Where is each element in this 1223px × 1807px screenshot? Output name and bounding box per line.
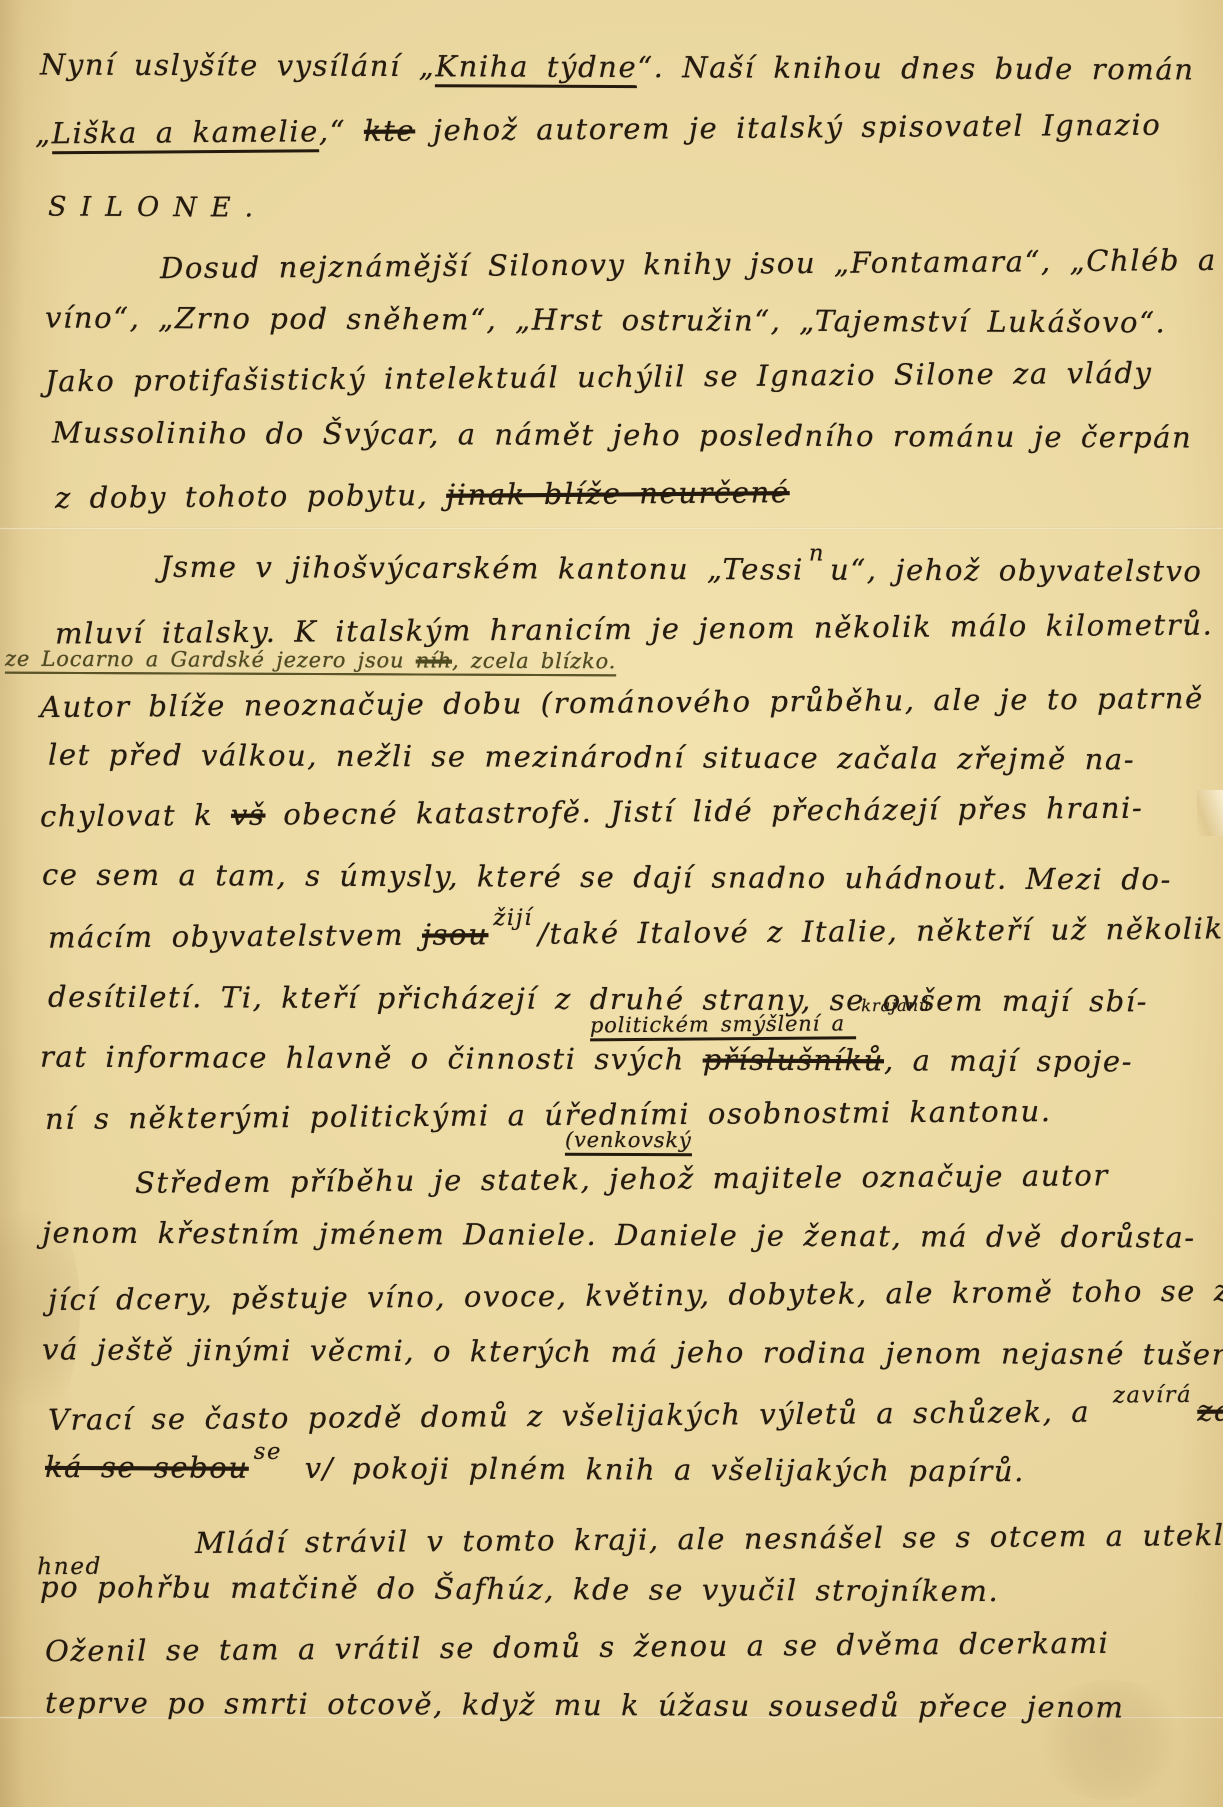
handwritten-text: Mussoliniho do Švýcar, a námět jeho posl… (52, 416, 1192, 455)
handwritten-text: Oženil se tam a vrátil se domů s ženou a… (45, 1626, 1110, 1668)
handwritten-text: SILONE. (48, 192, 267, 224)
handwritten-text: ní s některými politickými a úředními os… (45, 1094, 1052, 1136)
handwritten-text: rat informace hlavně o činnosti svých (40, 1040, 703, 1077)
struck-out-text: ká se sebou (45, 1450, 249, 1485)
handwritten-text: “. Naší knihou dnes bude román (637, 50, 1194, 86)
manuscript-line: Oženil se tam a vrátil se domů s ženou a… (45, 1626, 1110, 1668)
handwritten-text: Mládí strávil v tomto kraji, ale nesnáše… (195, 1518, 1223, 1560)
manuscript-line: ce sem a tam, s úmysly, které se dají sn… (42, 858, 1172, 897)
interlinear-insertion: krajanů (861, 996, 930, 1016)
manuscript-line: mácím obyvatelstvem jsoužijí/také Italov… (48, 911, 1223, 954)
handwritten-text: víno“, „Zrno pod sněhem“, „Hrst ostružin… (45, 301, 1167, 340)
manuscript-line: po pohřbu matčině do Šafhúz, kde se vyuč… (40, 1570, 1000, 1608)
handwritten-text: v/ pokoji plném knih a všelijakých papír… (287, 1451, 1025, 1488)
struck-out-text: kte (364, 113, 415, 147)
manuscript-line: let před válkou, nežli se mezinárodní si… (48, 738, 1135, 777)
handwritten-text: , a mají spoje- (884, 1043, 1133, 1078)
handwritten-text: vá ještě jinými věcmi, o kterých má jeho… (42, 1332, 1223, 1371)
interlinear-insertion: n (809, 541, 825, 567)
handwritten-text: Autor blíže neoznačuje dobu (románového … (40, 680, 1223, 724)
handwritten-text: po pohřbu matčině do Šafhúz, kde se vyuč… (40, 1570, 1000, 1608)
handwritten-text: „ (35, 116, 52, 150)
manuscript-line: jící dcery, pěstuje víno, ovoce, květiny… (48, 1273, 1223, 1317)
manuscript-line: hnedMládí strávil v tomto kraji, ale nes… (195, 1518, 1223, 1560)
manuscript-line: teprve po smrti otcově, když mu k úžasu … (45, 1686, 1125, 1725)
paper-crease (0, 527, 1223, 530)
interlinear-insertion: se (254, 1439, 282, 1465)
manuscript-line: Vrací se často pozdě domů z všelijakých … (48, 1393, 1223, 1437)
struck-out-text: jinak blíže neurčené (446, 475, 790, 512)
handwritten-text: Středem příběhu je statek, jehož majitel… (135, 1158, 1109, 1200)
underlined-text: Kniha týdne (435, 49, 637, 88)
manuscript-line: rat informace hlavně o činnosti svých př… (40, 1040, 1133, 1079)
struck-out-text: níh (416, 648, 452, 672)
underlined-text: politickém smýšlení a (590, 1011, 857, 1041)
manuscript-line: mluví italsky. K italským hranicím je je… (55, 607, 1214, 650)
struck-out-text: vš (231, 798, 266, 832)
manuscript-line: Jako protifašistický intelektuál uchýlil… (45, 356, 1153, 399)
manuscript-line: jenom křestním jménem Daniele. Daniele j… (42, 1215, 1196, 1254)
manuscript-line: víno“, „Zrno pod sněhem“, „Hrst ostružin… (45, 301, 1167, 340)
handwritten-text: jenom křestním jménem Daniele. Daniele j… (42, 1215, 1196, 1254)
handwritten-text: z doby tohoto pobytu, (55, 478, 446, 515)
manuscript-line: SILONE. (48, 192, 267, 224)
manuscript-line: „Liška a kamelie,“ kte jehož autorem je … (35, 108, 1162, 151)
handwritten-text: Vrací se často pozdě domů z všelijakých … (48, 1395, 1108, 1437)
manuscript-line: Dosud nejznámější Silonovy knihy jsou „F… (160, 243, 1217, 285)
handwritten-text: obecné katastrofě. Jistí lidé přecházejí… (265, 791, 1143, 832)
manuscript-line: politickém smýšlení a krajanů (590, 1011, 936, 1038)
struck-out-text: jsou (422, 917, 489, 952)
underlined-text: (venkovský (565, 1128, 692, 1157)
manuscript-line: vá ještě jinými věcmi, o kterých má jeho… (42, 1332, 1223, 1371)
handwritten-text: u“, jehož obyvatelstvo (830, 553, 1203, 589)
handwritten-text: ce sem a tam, s úmysly, které se dají sn… (42, 858, 1172, 897)
manuscript-line: (venkovský (565, 1128, 692, 1153)
handwritten-text: Jsme v jihošvýcarském kantonu „Tessi (160, 550, 804, 587)
document-body: { "document": { "kind_note": "handwritte… (0, 0, 1223, 1807)
handwritten-text: ,“ (319, 114, 364, 148)
handwritten-text: Dosud nejznámější Silonovy knihy jsou „F… (160, 243, 1217, 285)
handwritten-text: /také Italové z Italie, někteří už někol… (538, 911, 1223, 950)
underlined-text: Liška a kamelie (52, 114, 320, 154)
interlinear-insertion: zavírá (1113, 1382, 1192, 1409)
handwritten-text: Nyní uslyšíte vysílání „ (40, 47, 436, 83)
manuscript-line: Autor blíže neoznačuje dobu (románového … (40, 680, 1223, 724)
manuscript-line: Středem příběhu je statek, jehož majitel… (135, 1158, 1109, 1200)
handwritten-text: let před válkou, nežli se mezinárodní si… (48, 738, 1135, 777)
manuscript-line: ká se sebouse v/ pokoji plném knih a vše… (45, 1450, 1025, 1488)
handwritten-text: mácím obyvatelstvem (48, 918, 422, 955)
handwritten-text: mluví italsky. K italským hranicím je je… (55, 607, 1214, 650)
manuscript-line: Jsme v jihošvýcarském kantonu „Tessinu“,… (160, 550, 1203, 589)
manuscript-line: z doby tohoto pobytu, jinak blíže neurče… (55, 475, 790, 515)
handwritten-text: chylovat k (40, 798, 231, 833)
handwritten-text: Jako protifašistický intelektuál uchýlil… (45, 356, 1153, 399)
interlinear-insertion: žijí (493, 905, 533, 931)
handwritten-text: jehož autorem je italský spisovatel Igna… (415, 108, 1161, 148)
manuscript-line: Mussoliniho do Švýcar, a námět jeho posl… (52, 416, 1192, 455)
handwritten-text: teprve po smrti otcově, když mu k úžasu … (45, 1686, 1125, 1725)
manuscript-page: Nyní uslyšíte vysílání „Kniha týdne“. Na… (0, 0, 1223, 1807)
struck-out-text: zamy (1197, 1393, 1223, 1428)
manuscript-line: ní s některými politickými a úředními os… (45, 1094, 1052, 1136)
handwritten-text: , zcela blízko. (452, 649, 616, 674)
struck-out-text: příslušníků (703, 1043, 884, 1078)
paper-torn-edge (1197, 790, 1223, 836)
manuscript-line: chylovat k vš obecné katastrofě. Jistí l… (40, 791, 1144, 834)
handwritten-text: jící dcery, pěstuje víno, ovoce, květiny… (48, 1273, 1223, 1317)
handwritten-text: ze Locarno a Gardské jezero jsou (5, 647, 416, 673)
manuscript-line: Nyní uslyšíte vysílání „Kniha týdne“. Na… (40, 47, 1195, 86)
manuscript-line: ze Locarno a Gardské jezero jsou níh, zc… (5, 647, 616, 674)
